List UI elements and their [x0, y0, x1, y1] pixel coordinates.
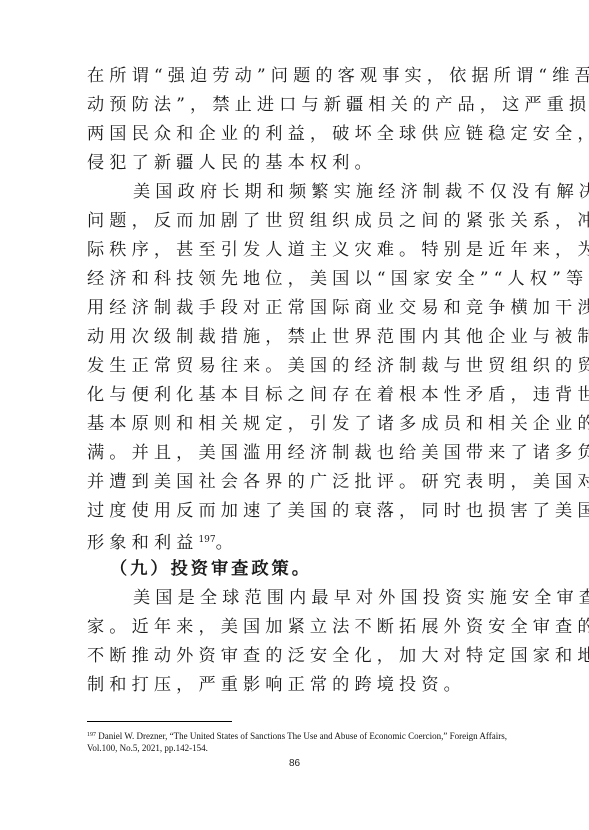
text-line: 动用次级制裁措施，禁止世界范围内其他企业与被制裁对象 — [87, 323, 507, 352]
text-line: 两国民众和企业的利益，破坏全球供应链稳定安全，同时也 — [87, 120, 507, 149]
text-line: 满。并且，美国滥用经济制裁也给美国带来了诸多负面影响， — [87, 439, 507, 468]
text-line: 过度使用反而加速了美国的衰落，同时也损害了美国的国际 — [87, 497, 507, 526]
text-line: 经济和科技领先地位，美国以“国家安全”“人权”等为名，滥 — [87, 265, 507, 294]
text-line: 际秩序，甚至引发人道主义灾难。特别是近年来，为了维持 — [87, 236, 507, 265]
text-line-with-footnote: 形象和利益197。 — [87, 526, 507, 555]
text-line: 发生正常贸易往来。美国的经济制裁与世贸组织的贸易自由 — [87, 352, 507, 381]
text-line: 美国是全球范围内最早对外国投资实施安全审查的国 — [87, 584, 507, 613]
footnote-reference[interactable]: 197 — [198, 535, 215, 545]
text-line: 不断推动外资审查的泛安全化，加大对特定国家和地区的限 — [87, 642, 507, 671]
text-line: 美国政府长期和频繁实施经济制裁不仅没有解决争议 — [87, 178, 507, 207]
document-page: 在所谓“强迫劳动”问题的客观事实，依据所谓“维吾尔强迫劳 动预防法”，禁止进口与… — [0, 0, 589, 830]
page-number: 86 — [0, 758, 589, 769]
footnote: 197 Daniel W. Drezner, “The United State… — [87, 729, 507, 754]
text-line: 并遭到美国社会各界的广泛批评。研究表明，美国对制裁的 — [87, 468, 507, 497]
text-line: 动预防法”，禁止进口与新疆相关的产品，这严重损害了中美 — [87, 91, 507, 120]
text-line: 基本原则和相关规定，引发了诸多成员和相关企业的强烈不 — [87, 410, 507, 439]
text-line: 家。近年来，美国加紧立法不断拓展外资安全审查的范围， — [87, 613, 507, 642]
paragraph-2: 美国政府长期和频繁实施经济制裁不仅没有解决争议 问题，反而加剧了世贸组织成员之间… — [87, 178, 507, 555]
paragraph-3: 美国是全球范围内最早对外国投资实施安全审查的国 家。近年来，美国加紧立法不断拓展… — [87, 584, 507, 700]
end-punctuation: 。 — [216, 533, 238, 553]
paragraph-1: 在所谓“强迫劳动”问题的客观事实，依据所谓“维吾尔强迫劳 动预防法”，禁止进口与… — [87, 62, 507, 178]
body-text: 在所谓“强迫劳动”问题的客观事实，依据所谓“维吾尔强迫劳 动预防法”，禁止进口与… — [87, 62, 507, 700]
text-line: 侵犯了新疆人民的基本权利。 — [87, 149, 507, 178]
text-line: 化与便利化基本目标之间存在着根本性矛盾，违背世贸组织 — [87, 381, 507, 410]
text-line: 用经济制裁手段对正常国际商业交易和竞争横加干涉，甚至 — [87, 294, 507, 323]
footnote-separator — [87, 721, 232, 722]
text-span: 形象和利益 — [87, 533, 198, 553]
section-heading: （九）投资审查政策。 — [87, 555, 507, 584]
text-line: 在所谓“强迫劳动”问题的客观事实，依据所谓“维吾尔强迫劳 — [87, 62, 507, 91]
footnote-number: 197 — [87, 732, 96, 738]
footnote-text: Daniel W. Drezner, “The United States of… — [87, 731, 507, 753]
text-line: 制和打压，严重影响正常的跨境投资。 — [87, 671, 507, 700]
text-line: 问题，反而加剧了世贸组织成员之间的紧张关系，冲击了国 — [87, 207, 507, 236]
